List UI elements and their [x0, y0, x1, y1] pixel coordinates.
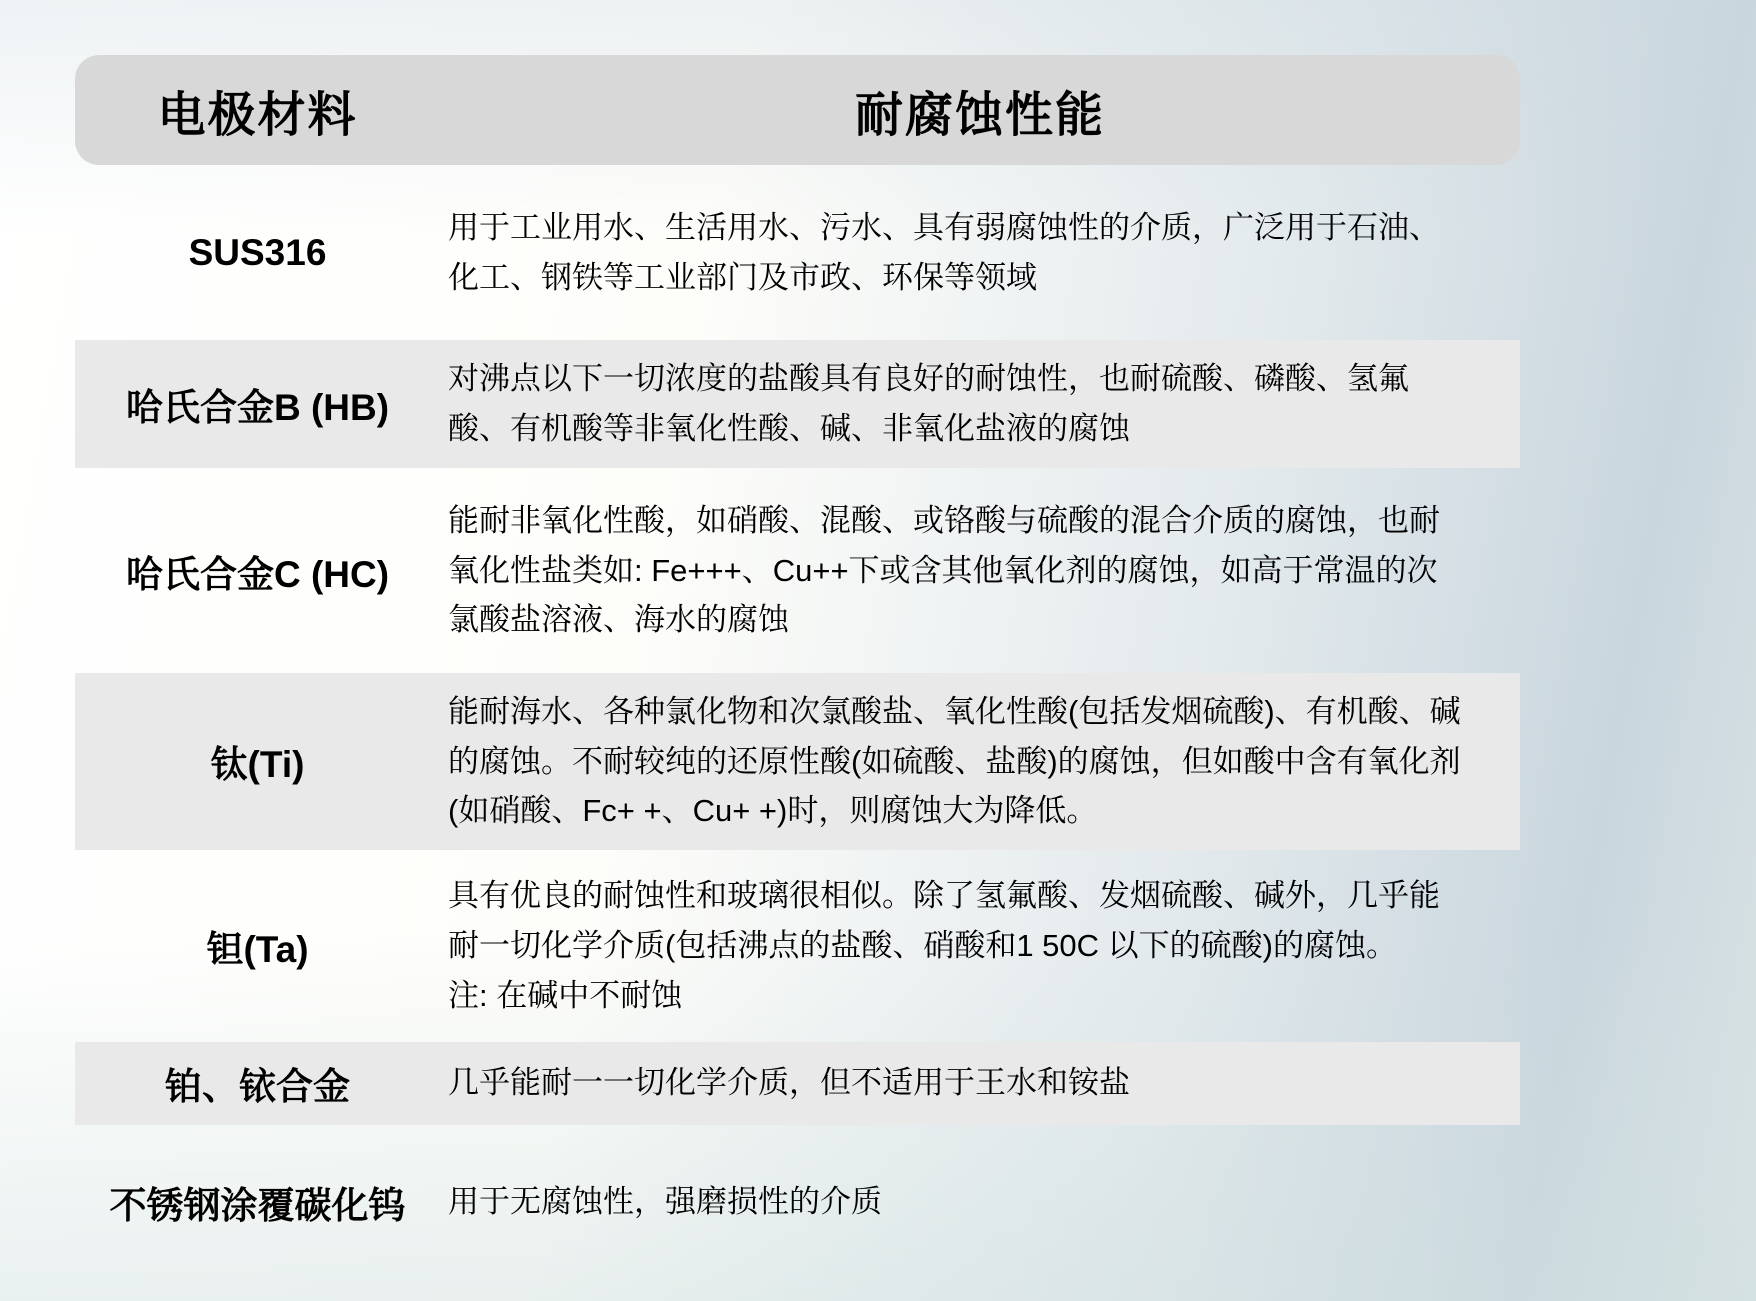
table-row: 钽(Ta) 具有优良的耐蚀性和玻璃很相似。除了氢氟酸、发烟硫酸、碱外，几乎能耐一…: [75, 850, 1520, 1042]
table-header: 电极材料 耐腐蚀性能: [75, 55, 1520, 165]
table-row: 哈氏合金C (HC) 能耐非氧化性酸，如硝酸、混酸、或铬酸与硫酸的混合介质的腐蚀…: [75, 468, 1520, 673]
description-cell: 对沸点以下一切浓度的盐酸具有良好的耐蚀性，也耐硫酸、磷酸、氢氟酸、有机酸等非氧化…: [440, 340, 1520, 467]
table-row: 钛(Ti) 能耐海水、各种氯化物和次氯酸盐、氧化性酸(包括发烟硫酸)、有机酸、碱…: [75, 673, 1520, 850]
description-text: 具有优良的耐蚀性和玻璃很相似。除了氢氟酸、发烟硫酸、碱外，几乎能耐一切化学介质(…: [448, 871, 1462, 970]
material-cell: 钽(Ta): [75, 919, 440, 973]
material-cell: 不锈钢涂覆碳化钨: [75, 1175, 440, 1229]
material-cell: 哈氏合金B (HB): [75, 377, 440, 431]
description-cell: 能耐非氧化性酸，如硝酸、混酸、或铬酸与硫酸的混合介质的腐蚀，也耐氧化性盐类如: …: [440, 482, 1520, 659]
description-cell: 用于无腐蚀性，强磨损性的介质: [440, 1163, 1520, 1241]
description-cell: 具有优良的耐蚀性和玻璃很相似。除了氢氟酸、发烟硫酸、碱外，几乎能耐一切化学介质(…: [440, 857, 1520, 1034]
table-row: 不锈钢涂覆碳化钨 用于无腐蚀性，强磨损性的介质: [75, 1125, 1520, 1280]
corrosion-resistance-table: 电极材料 耐腐蚀性能 SUS316 用于工业用水、生活用水、污水、具有弱腐蚀性的…: [75, 55, 1520, 1280]
table-row: SUS316 用于工业用水、生活用水、污水、具有弱腐蚀性的介质，广泛用于石油、化…: [75, 165, 1520, 340]
material-cell: 铂、铱合金: [75, 1056, 440, 1110]
description-cell: 几乎能耐一一切化学介质，但不适用于王水和铵盐: [440, 1044, 1520, 1122]
header-col-performance: 耐腐蚀性能: [440, 76, 1520, 145]
description-cell: 用于工业用水、生活用水、污水、具有弱腐蚀性的介质，广泛用于石油、化工、钢铁等工业…: [440, 189, 1520, 316]
table-row: 哈氏合金B (HB) 对沸点以下一切浓度的盐酸具有良好的耐蚀性，也耐硫酸、磷酸、…: [75, 340, 1520, 468]
material-cell: 哈氏合金C (HC): [75, 544, 440, 598]
header-col-material: 电极材料: [75, 76, 440, 145]
description-note: 注: 在碱中不耐蚀: [448, 971, 1462, 1021]
description-cell: 能耐海水、各种氯化物和次氯酸盐、氧化性酸(包括发烟硫酸)、有机酸、碱的腐蚀。不耐…: [440, 673, 1520, 850]
material-cell: 钛(Ti): [75, 734, 440, 788]
table-body: SUS316 用于工业用水、生活用水、污水、具有弱腐蚀性的介质，广泛用于石油、化…: [75, 165, 1520, 1280]
table-row: 铂、铱合金 几乎能耐一一切化学介质，但不适用于王水和铵盐: [75, 1042, 1520, 1125]
material-cell: SUS316: [75, 232, 440, 274]
